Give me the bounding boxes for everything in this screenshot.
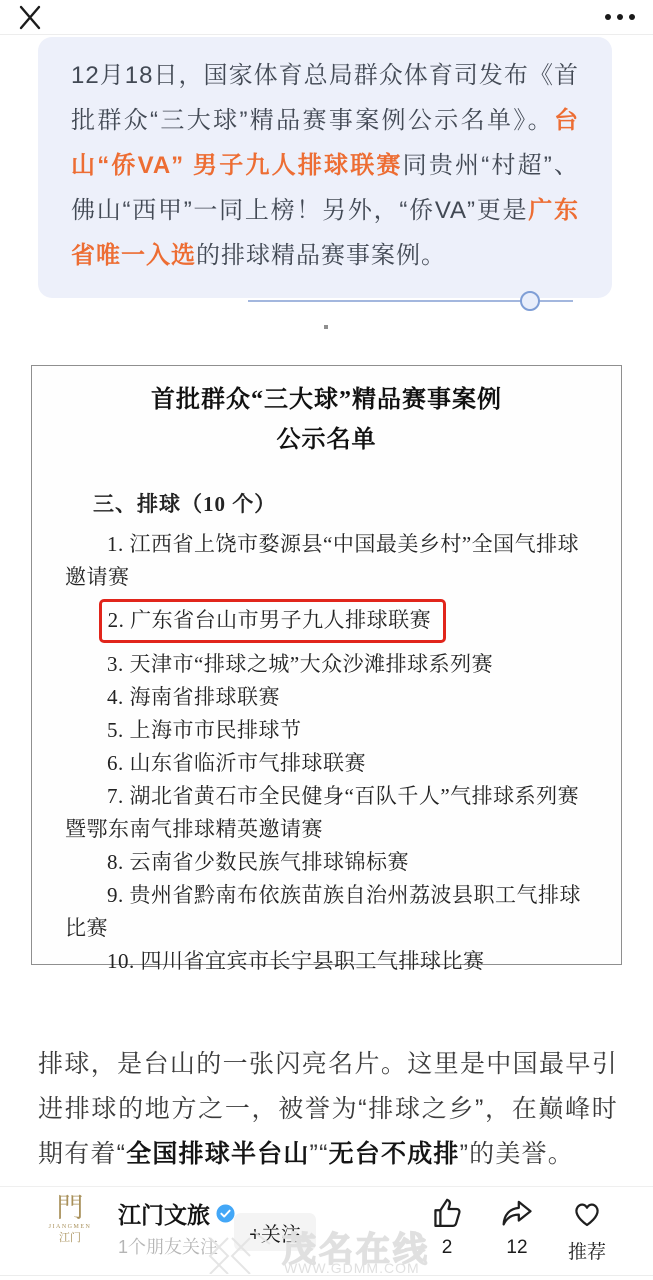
quote-block: 12月18日，国家体育总局群众体育司发布《首批群众“三大球”精品赛事案例公示名单… — [38, 37, 612, 298]
doc-item-list: 1. 江西省上饶市婺源县“中国最美乡村”全国气排球邀请赛2. 广东省台山市男子九… — [65, 528, 588, 978]
quote-segment: 的排球精品赛事案例。 — [196, 242, 446, 269]
document-title-line2: 公示名单 — [65, 420, 588, 460]
share-button[interactable]: 12 — [481, 1195, 553, 1259]
doc-item: 3. 天津市“排球之城”大众沙滩排球系列赛 — [65, 648, 588, 681]
article-page: 12月18日，国家体育总局群众体育司发布《首批群众“三大球”精品赛事案例公示名单… — [0, 0, 653, 1280]
doc-item: 1. 江西省上饶市婺源县“中国最美乡村”全国气排球邀请赛 — [65, 528, 588, 594]
avatar-cn-label: 江门 — [38, 1233, 102, 1244]
avatar-gate-logo: 門 — [38, 1195, 102, 1221]
document-image[interactable]: 首批群众“三大球”精品赛事案例 公示名单 三、排球（10 个） 1. 江西省上饶… — [31, 365, 622, 965]
verified-badge-icon — [216, 1204, 235, 1223]
account-name: 江门文旅 — [118, 1197, 210, 1230]
avatar-latin-label: JIANGMEN — [38, 1224, 102, 1230]
loading-dot — [324, 325, 328, 329]
doc-item: 5. 上海市市民排球节 — [65, 714, 588, 747]
close-x-glyph — [16, 3, 44, 31]
red-highlight-box: 2. 广东省台山市男子九人排球联赛 — [99, 599, 447, 643]
recommend-button[interactable]: 推荐 — [551, 1195, 623, 1264]
document-title-line1: 首批群众“三大球”精品赛事案例 — [65, 380, 588, 420]
avatar[interactable]: 門 JIANGMEN 江门 — [38, 1195, 102, 1261]
watermark-url: WWW.GDMM.COM — [284, 1260, 420, 1276]
body-segment: ”“ — [310, 1140, 329, 1168]
account-name-row[interactable]: 江门文旅 — [118, 1197, 235, 1230]
close-icon[interactable] — [16, 3, 44, 31]
body-paragraph: 排球，是台山的一张闪亮名片。这里是中国最早引进排球的地方之一，被誉为“排球之乡”… — [38, 1042, 618, 1177]
share-count: 12 — [481, 1237, 553, 1259]
selection-drag-handle[interactable] — [520, 291, 540, 311]
bottom-divider — [0, 1275, 653, 1276]
more-icon[interactable] — [605, 10, 635, 24]
quote-segment: 12月18日，国家体育总局群众体育司发布《首批群众“三大球”精品赛事案例公示名单… — [71, 62, 579, 134]
doc-item: 6. 山东省临沂市气排球联赛 — [65, 747, 588, 780]
body-segment: 无台不成排 — [329, 1140, 460, 1168]
doc-item: 4. 海南省排球联赛 — [65, 681, 588, 714]
body-segment: ”的美誉。 — [460, 1140, 574, 1168]
doc-item: 7. 湖北省黄石市全民健身“百队千人”气排球系列赛暨鄂东南气排球精英邀请赛 — [65, 780, 588, 846]
quote-paragraph: 12月18日，国家体育总局群众体育司发布《首批群众“三大球”精品赛事案例公示名单… — [71, 62, 579, 269]
doc-item: 9. 贵州省黔南布依族苗族自治州荔波县职工气排球比赛 — [65, 879, 588, 945]
watermark-logo — [208, 1230, 274, 1274]
thumbs-up-icon — [429, 1195, 465, 1231]
heart-icon — [569, 1195, 605, 1231]
doc-item: 8. 云南省少数民族气排球锦标赛 — [65, 846, 588, 879]
doc-item: 10. 四川省宜宾市长宁县职工气排球比赛 — [65, 945, 588, 978]
body-segment: 全国排球半台山 — [126, 1140, 309, 1168]
doc-item-highlighted: 2. 广东省台山市男子九人排球联赛 — [65, 599, 588, 643]
top-bar — [0, 0, 653, 35]
recommend-label: 推荐 — [551, 1237, 623, 1264]
account-subtitle: 1个朋友关注 — [118, 1233, 218, 1259]
document-section-heading: 三、排球（10 个） — [93, 488, 588, 518]
share-arrow-icon — [499, 1195, 535, 1231]
